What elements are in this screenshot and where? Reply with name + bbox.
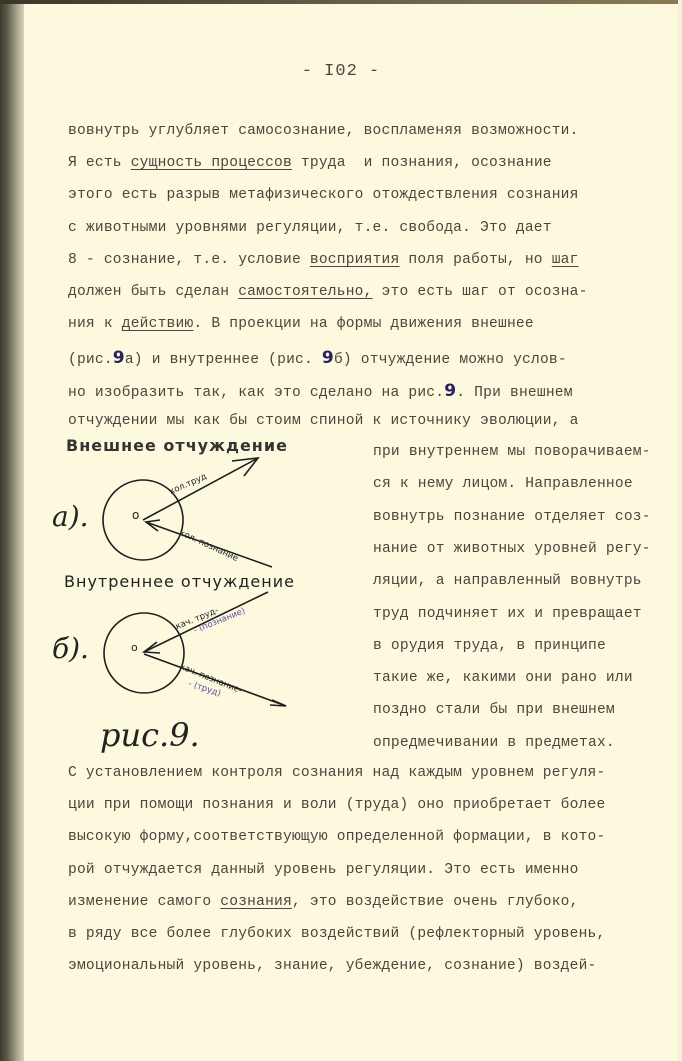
figure-b-circle <box>104 613 184 693</box>
figure-b-arrow-out-head <box>270 700 286 706</box>
figure-9-drawing <box>0 0 682 1061</box>
figure-b-arrow-in <box>144 592 268 652</box>
figure-a-arrow-out <box>143 458 258 520</box>
figure-b-arrow-out <box>144 654 286 706</box>
figure-a-arrow-in <box>146 522 272 567</box>
